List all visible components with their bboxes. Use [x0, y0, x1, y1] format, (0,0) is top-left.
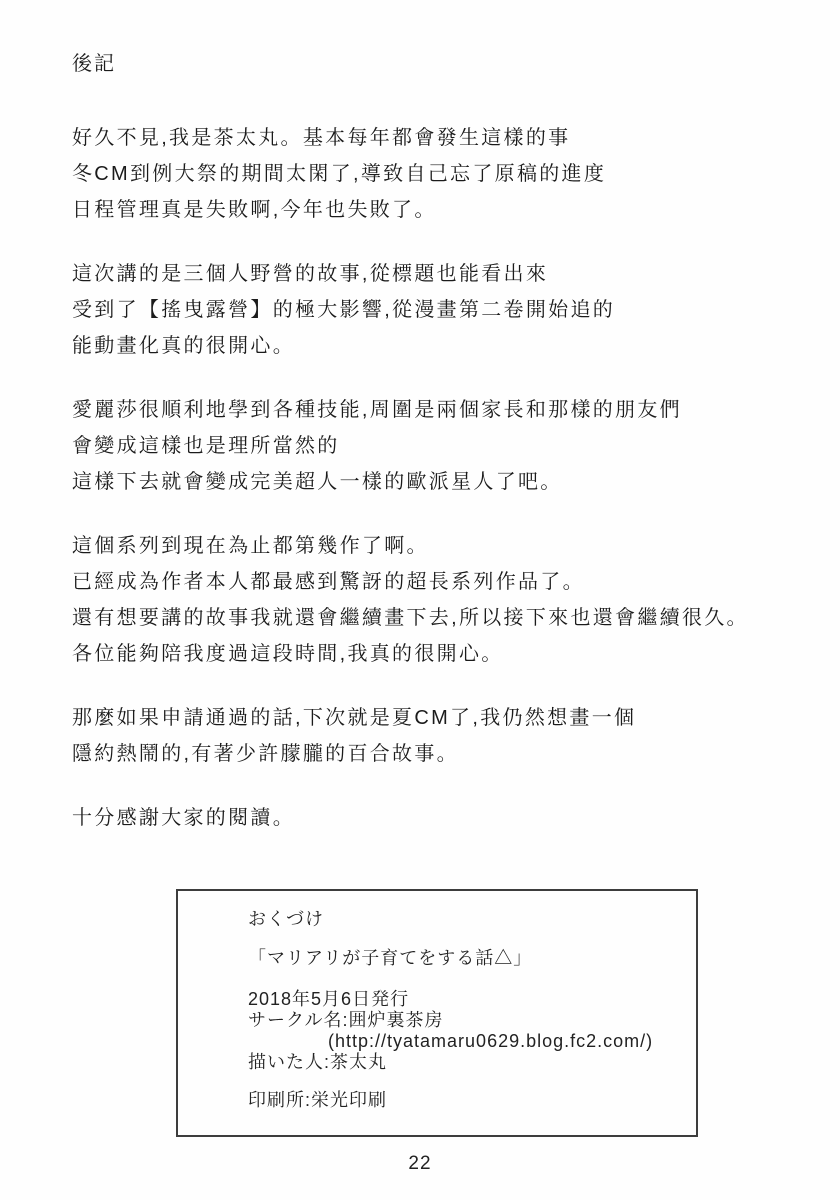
paragraph: 這次講的是三個人野營的故事,從標題也能看出來 受到了【搖曳露營】的極大影響,從漫…: [72, 256, 802, 364]
text-line: 這次講的是三個人野營的故事,從標題也能看出來: [72, 256, 802, 292]
colophon-box: おくづけ 「マリアリが子育てをする話△」 2018年5月6日発行 サークル名:囲…: [176, 889, 698, 1137]
afterword-body: 好久不見,我是茶太丸。基本每年都會發生這樣的事 冬CM到例大祭的期間太閑了,導致…: [72, 120, 802, 864]
text-line: 日程管理真是失敗啊,今年也失敗了。: [72, 192, 802, 228]
colophon-heading: おくづけ: [248, 907, 686, 931]
colophon-book-title: 「マリアリが子育てをする話△」: [248, 946, 686, 970]
text-line: 愛麗莎很順利地學到各種技能,周圍是兩個家長和那樣的朋友們: [72, 392, 802, 428]
afterword-page: 後記 好久不見,我是茶太丸。基本每年都會發生這樣的事 冬CM到例大祭的期間太閑了…: [0, 0, 840, 1200]
paragraph: 愛麗莎很順利地學到各種技能,周圍是兩個家長和那樣的朋友們 會變成這樣也是理所當然…: [72, 392, 802, 500]
text-line: 十分感謝大家的閱讀。: [72, 800, 802, 836]
colophon-url: (http://tyatamaru0629.blog.fc2.com/): [248, 1031, 686, 1052]
text-line: 能動畫化真的很開心。: [72, 328, 802, 364]
text-line: 受到了【搖曳露營】的極大影響,從漫畫第二卷開始追的: [72, 292, 802, 328]
page-number: 22: [0, 1153, 840, 1175]
text-line: 已經成為作者本人都最感到驚訝的超長系列作品了。: [72, 564, 802, 600]
text-line: 那麼如果申請通過的話,下次就是夏CM了,我仍然想畫一個: [72, 700, 802, 736]
text-line: 這個系列到現在為止都第幾作了啊。: [72, 528, 802, 564]
text-line: 冬CM到例大祭的期間太閑了,導致自己忘了原稿的進度: [72, 156, 802, 192]
paragraph: 這個系列到現在為止都第幾作了啊。 已經成為作者本人都最感到驚訝的超長系列作品了。…: [72, 528, 802, 672]
paragraph: 好久不見,我是茶太丸。基本每年都會發生這樣的事 冬CM到例大祭的期間太閑了,導致…: [72, 120, 802, 228]
paragraph: 那麼如果申請通過的話,下次就是夏CM了,我仍然想畫一個 隱約熱鬧的,有著少許朦朧…: [72, 700, 802, 772]
text-line: 還有想要講的故事我就還會繼續畫下去,所以接下來也還會繼續很久。: [72, 600, 802, 636]
colophon-publish-date: 2018年5月6日発行: [248, 989, 686, 1010]
colophon-printer: 印刷所:栄光印刷: [248, 1090, 686, 1111]
text-line: 好久不見,我是茶太丸。基本每年都會發生這樣的事: [72, 120, 802, 156]
colophon-content: おくづけ 「マリアリが子育てをする話△」 2018年5月6日発行 サークル名:囲…: [248, 891, 686, 1111]
text-line: 各位能夠陪我度過這段時間,我真的很開心。: [72, 636, 802, 672]
text-line: 這樣下去就會變成完美超人一樣的歐派星人了吧。: [72, 464, 802, 500]
text-line: 隱約熱鬧的,有著少許朦朧的百合故事。: [72, 736, 802, 772]
colophon-artist: 描いた人:茶太丸: [248, 1052, 686, 1073]
colophon-circle-name: サークル名:囲炉裏茶房: [248, 1010, 686, 1031]
paragraph: 十分感謝大家的閱讀。: [72, 800, 802, 836]
page-title: 後記: [72, 50, 116, 78]
text-line: 會變成這樣也是理所當然的: [72, 428, 802, 464]
